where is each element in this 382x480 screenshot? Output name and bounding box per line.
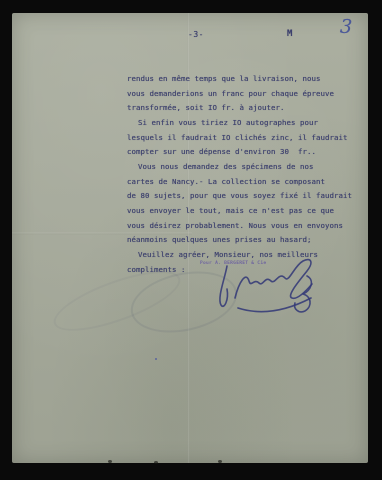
typed-page-number: -3- (188, 30, 204, 39)
letter-line: cartes de Nancy.- La collection se compo… (127, 177, 359, 192)
letter-line: compter sur une dépense d'environ 30 fr.… (127, 147, 359, 162)
letter-line: Si enfin vous tiriez IO autographes pour (127, 118, 359, 133)
paper-speck (218, 460, 222, 463)
scan-background: -3- M 3 rendus en même temps que la livr… (0, 0, 382, 480)
letter-line: rendus en même temps que la livraison, n… (127, 74, 359, 89)
letter-line: néanmoins quelques unes prises au hasard… (127, 235, 359, 250)
letter-page: -3- M 3 rendus en même temps que la livr… (12, 13, 368, 463)
letter-line: transformée, soit IO fr. à ajouter. (127, 104, 359, 119)
letter-line: Vous nous demandez des spécimens de nos (127, 162, 359, 177)
letter-line: de 80 sujets, pour que vous soyez fixé i… (127, 192, 359, 207)
handwritten-folio-number: 3 (339, 16, 352, 39)
letter-line: vous envoyer le tout, mais ce n'est pas … (127, 206, 359, 221)
letter-line: vous demanderions un franc pour chaque é… (127, 89, 359, 104)
letter-line: vous désirez probablement. Nous vous en … (127, 221, 359, 236)
typed-archive-mark: M (287, 29, 292, 39)
paper-speck (108, 460, 112, 463)
letter-body: rendus en même temps que la livraison, n… (127, 74, 359, 279)
letter-line: lesquels il faudrait IO clichés zinc, il… (127, 133, 359, 148)
signature-flourish (208, 256, 333, 326)
ink-speck (155, 358, 157, 360)
paper-speck (154, 461, 158, 464)
